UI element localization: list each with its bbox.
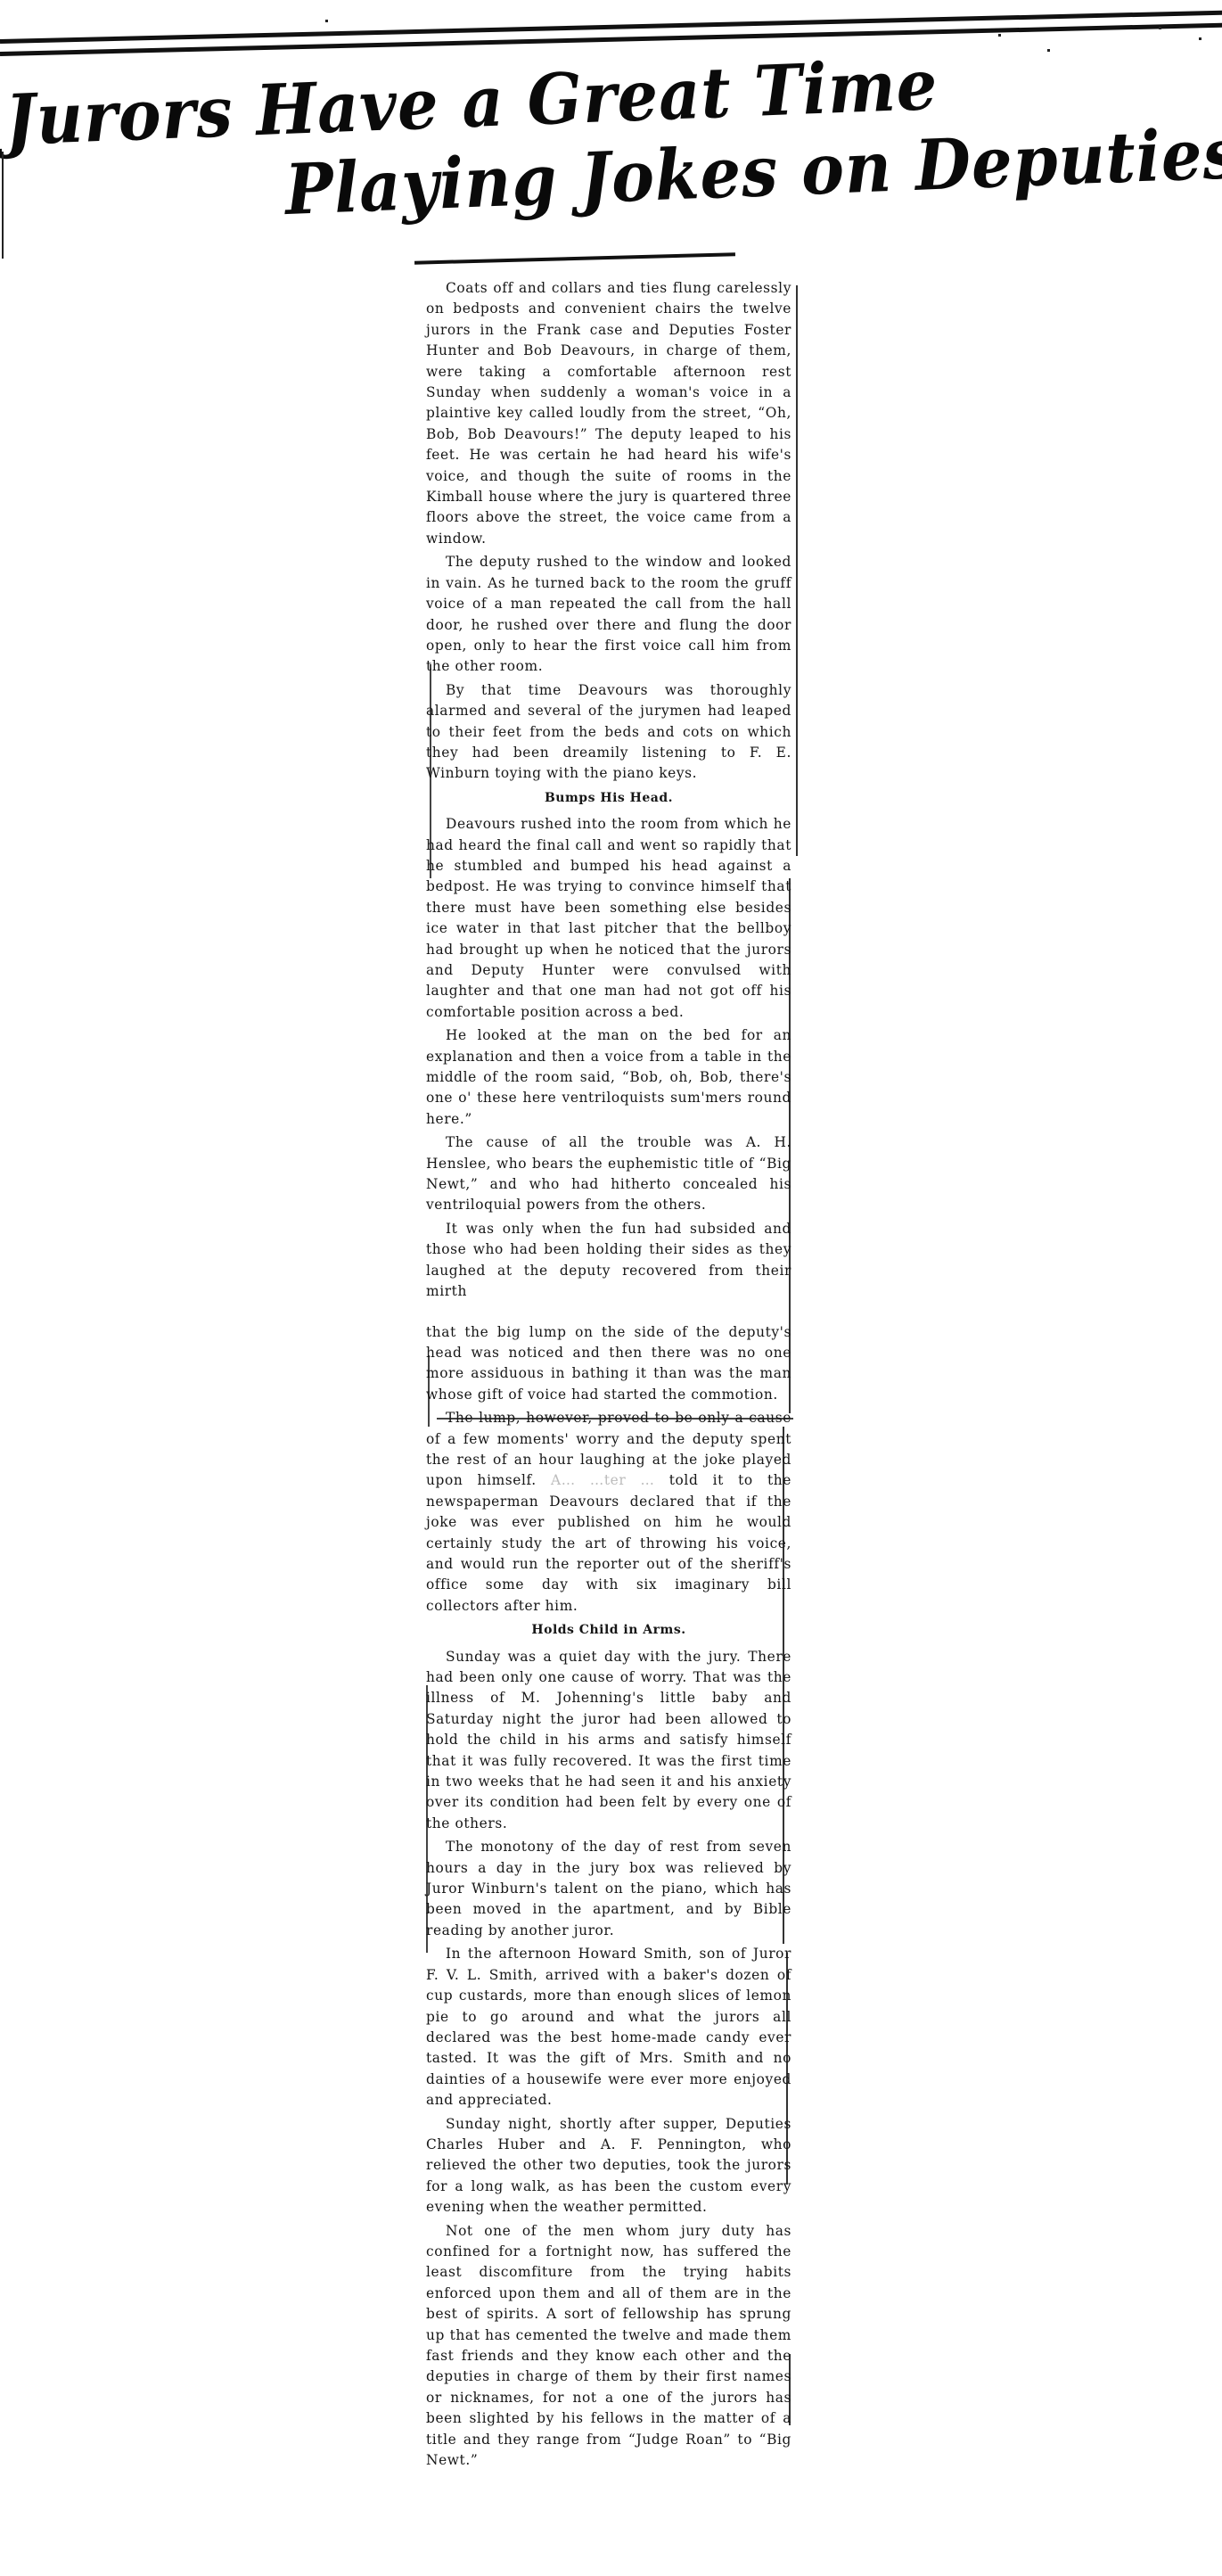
article-paragraph: Deavours rushed into the room from which… <box>426 814 791 1023</box>
article-body: Coats off and collars and ties flung car… <box>426 278 791 2473</box>
article-paragraph: Coats off and collars and ties flung car… <box>426 278 791 549</box>
faded-text: A… …ter … <box>551 1472 655 1488</box>
column-edge-right <box>796 285 798 856</box>
print-speck <box>1199 37 1201 40</box>
lump-paragraph-end: told it to the newspaperman Deavours dec… <box>426 1472 791 1613</box>
subhead-holds-child-in-arms: Holds Child in Arms. <box>426 1620 791 1641</box>
left-column-rule <box>2 152 4 259</box>
article-paragraph-continued: that the big lump on the side of the dep… <box>426 1322 791 1406</box>
article-paragraph: Not one of the men whom jury duty has co… <box>426 2221 791 2472</box>
article-paragraph: The deputy rushed to the window and look… <box>426 552 791 677</box>
article-paragraph: By that time Deavours was thoroughly ala… <box>426 680 791 785</box>
print-speck <box>1159 27 1161 29</box>
article-paragraph: He looked at the man on the bed for an e… <box>426 1025 791 1130</box>
article-paragraph: The lump, however, proved to be only a c… <box>426 1408 791 1617</box>
article-paragraph: Sunday night, shortly after supper, Depu… <box>426 2114 791 2218</box>
article-paragraph: The monotony of the day of rest from sev… <box>426 1837 791 1941</box>
subhead-bumps-his-head: Bumps His Head. <box>426 788 791 809</box>
headline-underline <box>414 252 735 264</box>
print-speck <box>1047 49 1050 52</box>
article-paragraph: In the afternoon Howard Smith, son of Ju… <box>426 1944 791 2111</box>
article-paragraph: The cause of all the trouble was A. H. H… <box>426 1132 791 1216</box>
article-paragraph: It was only when the fun had subsided an… <box>426 1219 791 1303</box>
print-speck <box>325 20 328 22</box>
article-paragraph: Sunday was a quiet day with the jury. Th… <box>426 1647 791 1835</box>
print-speck <box>998 34 1001 37</box>
